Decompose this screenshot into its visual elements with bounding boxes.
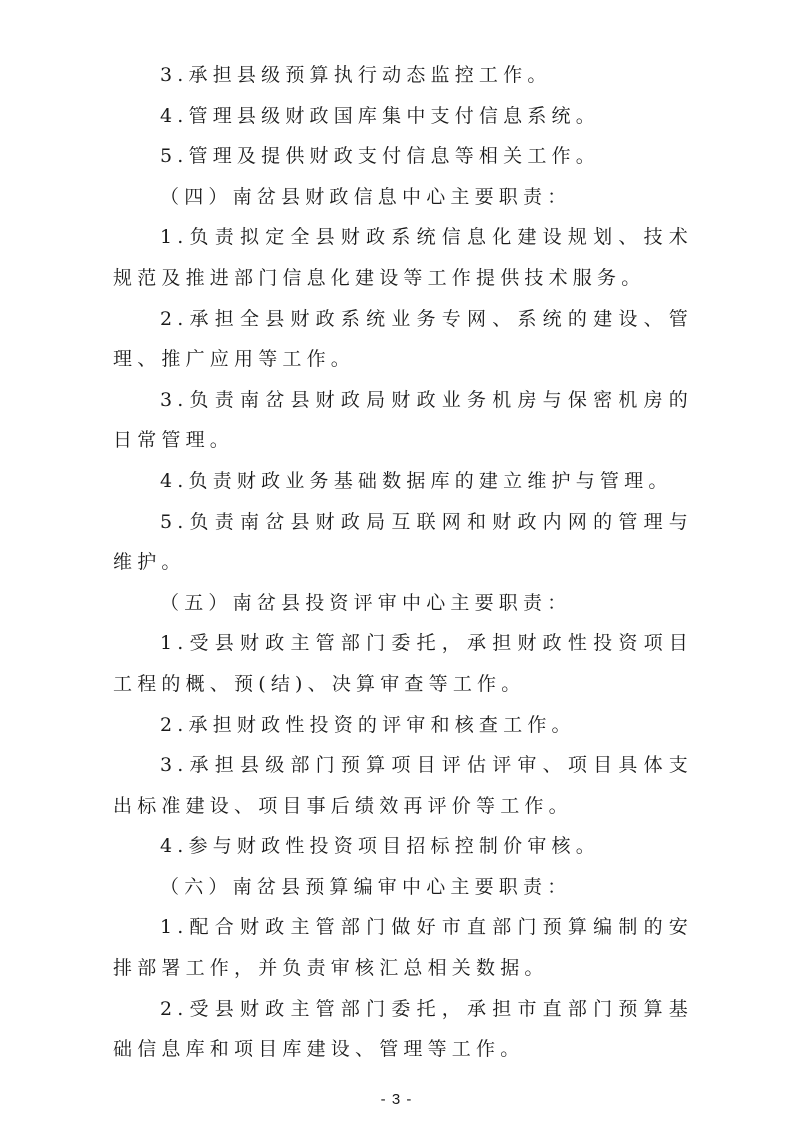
list-item: 5.负责南岔县财政局互联网和财政内网的管理与维护。	[113, 502, 693, 583]
list-item: 5.管理及提供财政支付信息等相关工作。	[113, 136, 693, 177]
document-body: 3.承担县级预算执行动态监控工作。 4.管理县级财政国库集中支付信息系统。 5.…	[113, 55, 693, 1070]
list-item: 2.承担财政性投资的评审和核查工作。	[113, 705, 693, 746]
list-item: 1.配合财政主管部门做好市直部门预算编制的安排部署工作，并负责审核汇总相关数据。	[113, 907, 693, 988]
section-heading: （五）南岔县投资评审中心主要职责：	[113, 583, 693, 624]
list-item: 4.负责财政业务基础数据库的建立维护与管理。	[113, 461, 693, 502]
list-item: 2.承担全县财政系统业务专网、系统的建设、管理、推广应用等工作。	[113, 299, 693, 380]
list-item: 2.受县财政主管部门委托，承担市直部门预算基础信息库和项目库建设、管理等工作。	[113, 989, 693, 1070]
list-item: 3.承担县级预算执行动态监控工作。	[113, 55, 693, 96]
page-number: - 3 -	[0, 1091, 793, 1108]
list-item: 1.受县财政主管部门委托，承担财政性投资项目工程的概、预(结)、决算审查等工作。	[113, 623, 693, 704]
list-item: 3.负责南岔县财政局财政业务机房与保密机房的日常管理。	[113, 380, 693, 461]
list-item: 1.负责拟定全县财政系统信息化建设规划、技术规范及推进部门信息化建设等工作提供技…	[113, 217, 693, 298]
document-page: 3.承担县级预算执行动态监控工作。 4.管理县级财政国库集中支付信息系统。 5.…	[0, 0, 793, 1122]
list-item: 4.参与财政性投资项目招标控制价审核。	[113, 826, 693, 867]
section-heading: （六）南岔县预算编审中心主要职责：	[113, 867, 693, 908]
list-item: 3.承担县级部门预算项目评估评审、项目具体支出标准建设、项目事后绩效再评价等工作…	[113, 745, 693, 826]
section-heading: （四）南岔县财政信息中心主要职责：	[113, 177, 693, 218]
list-item: 4.管理县级财政国库集中支付信息系统。	[113, 96, 693, 137]
